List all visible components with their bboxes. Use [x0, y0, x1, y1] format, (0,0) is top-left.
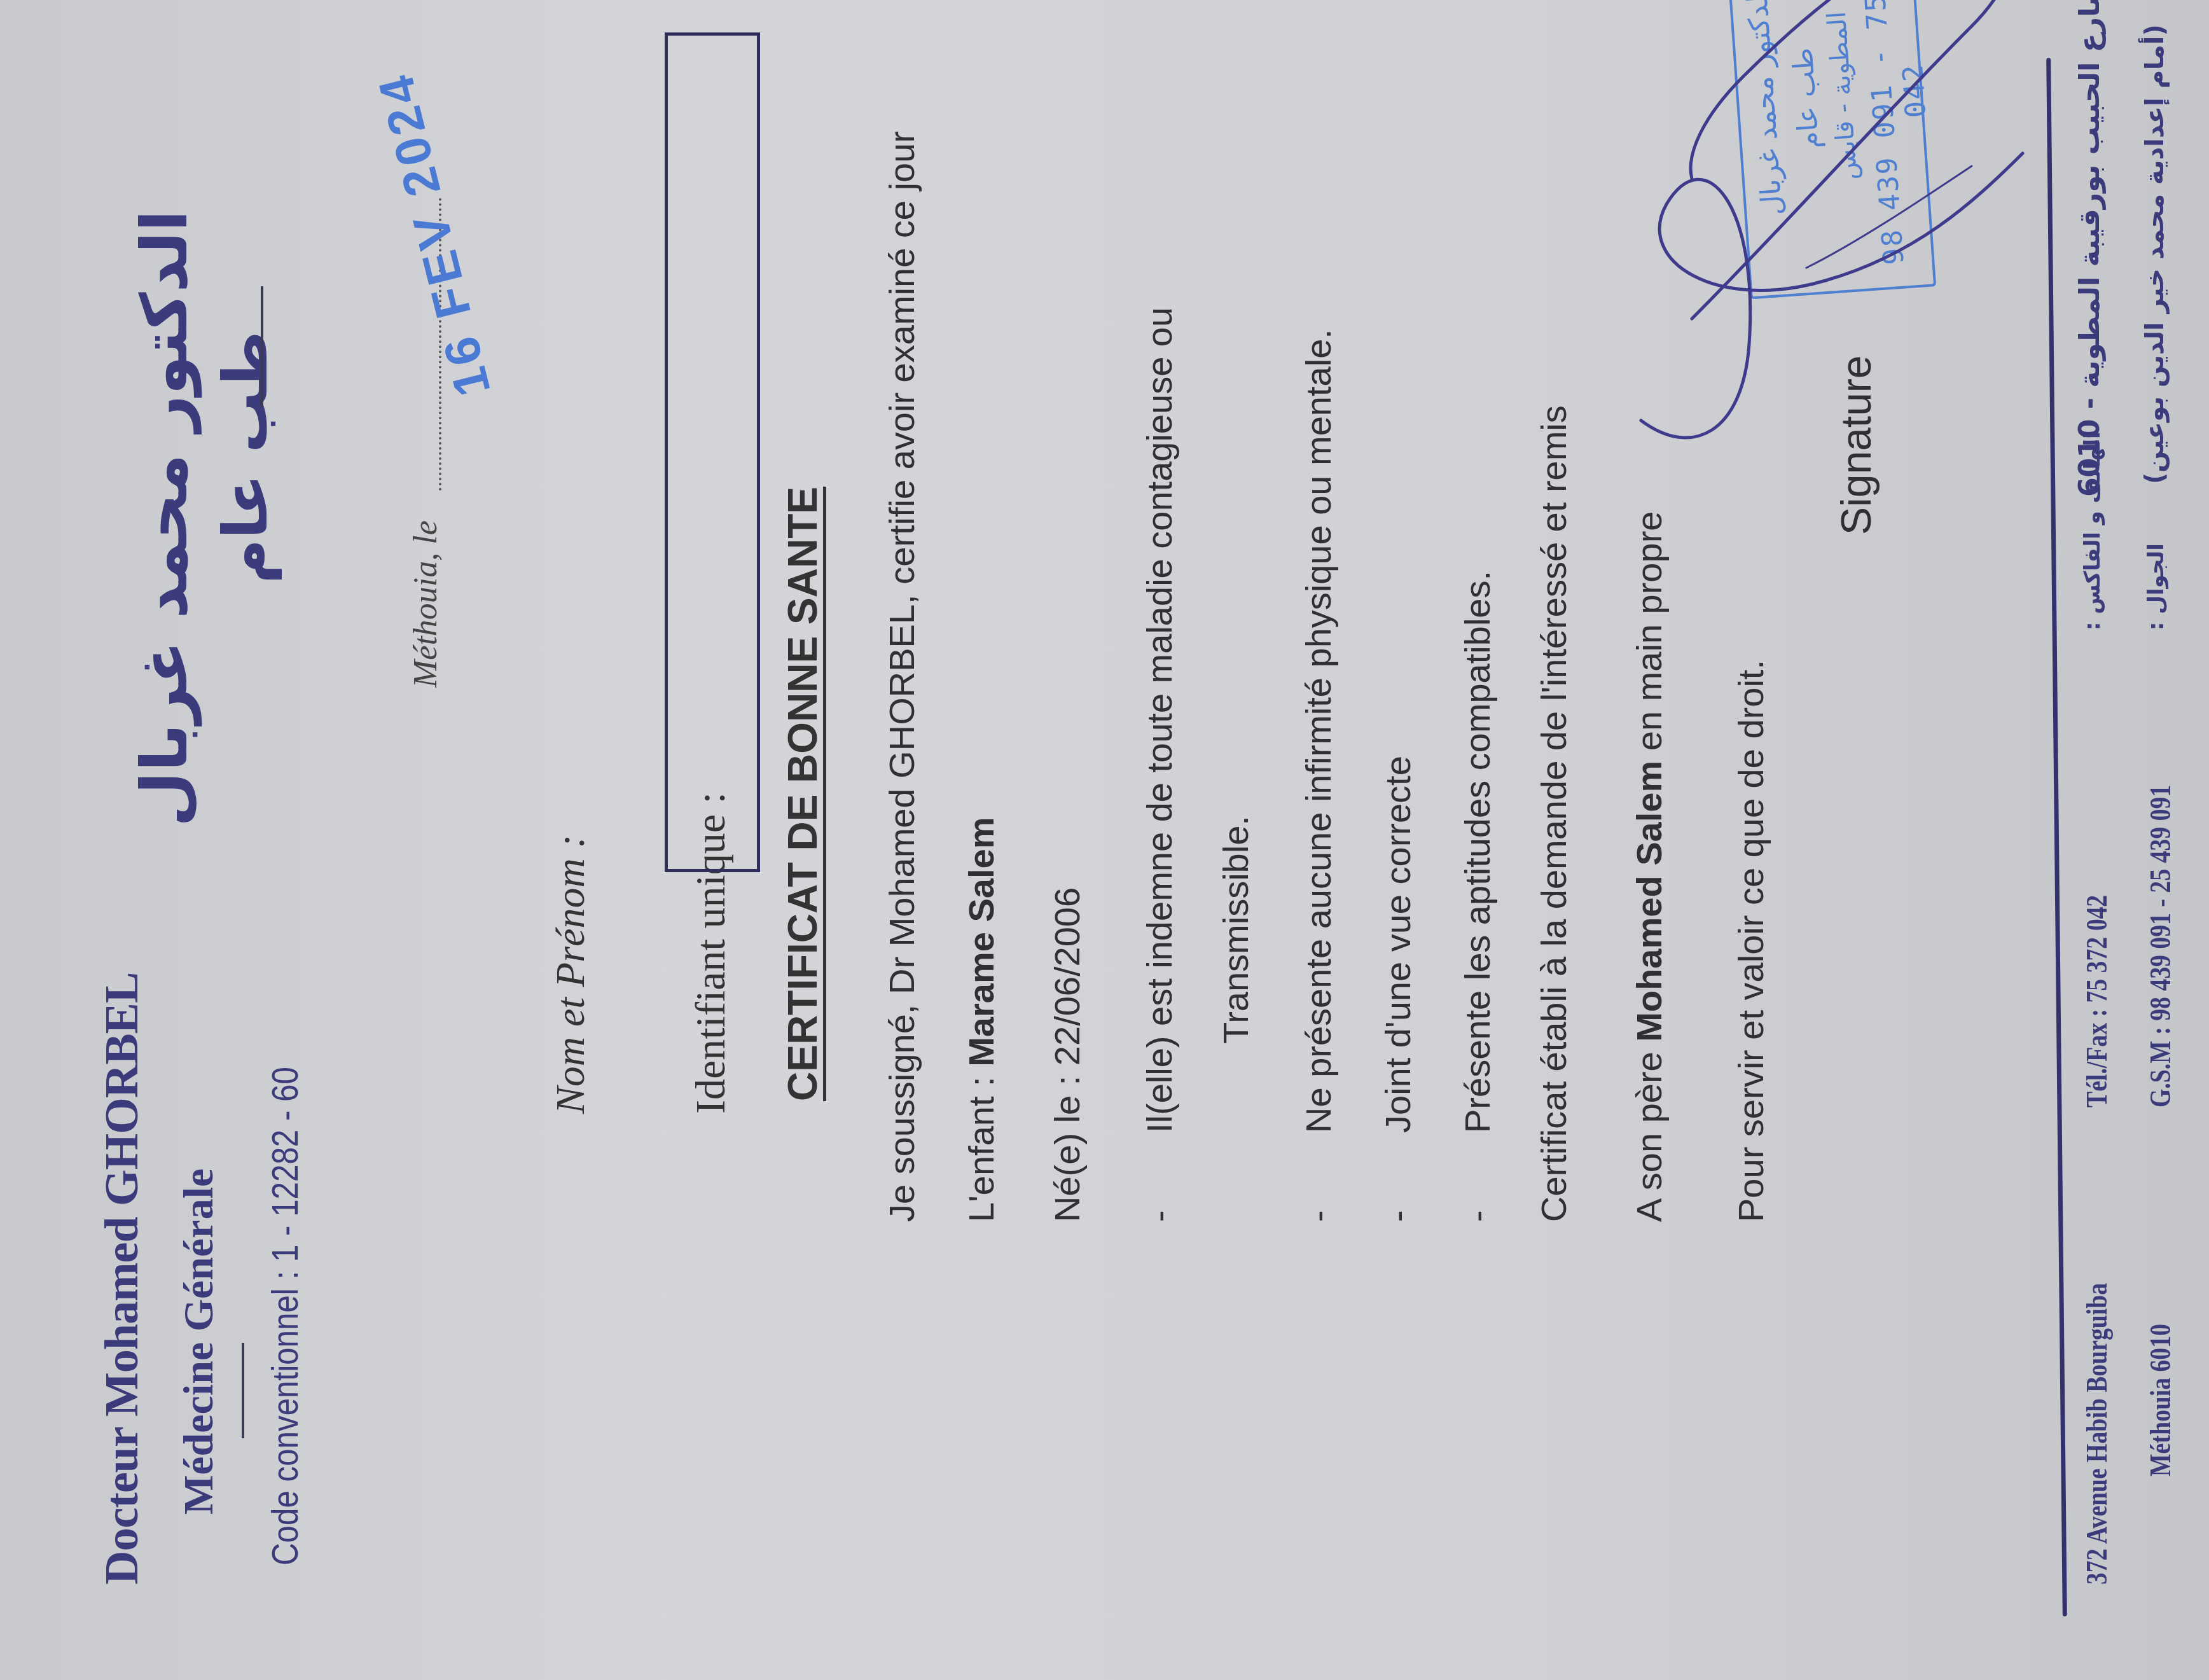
footer-arabic-landmark: (أمام إعدادية محمد خير الدين بوعين) — [2140, 24, 2170, 484]
bullet-item: Ne présente aucune infirmité physique ou… — [1298, 329, 1339, 1133]
certificate-title: CERTIFICAT DE BONNE SANTE — [779, 487, 826, 1101]
id-field[interactable] — [665, 32, 760, 872]
bullet-item-continuation: Transmissible. — [1215, 816, 1256, 1044]
intro-text: Je soussigné, Dr Mohamed GHORBEL, certif… — [881, 131, 922, 1222]
date-stamp: 16 FEV 2024 — [366, 66, 502, 402]
place-date-label: Méthouia, le — [407, 520, 445, 688]
bullet-marker: - — [1457, 1210, 1498, 1222]
footer-arabic-address: 372 شارع الحبيب بورقيبة المطوية - 6010 — [2074, 0, 2106, 497]
father-name: Mohamed Salem — [1629, 761, 1669, 1042]
doctor-stamp: الدكتور محمد غربال طب عام المطوية - قابس… — [1723, 0, 1936, 299]
child-label: L'enfant : — [961, 1067, 1001, 1222]
signature-label: Signature — [1832, 355, 1880, 535]
bullet-item: Présente les aptitudes compatibles. — [1457, 571, 1498, 1133]
footer-address: 372 Avenue Habib Bourguiba — [2080, 1283, 2114, 1585]
arabic-doctor-name: الدكتور محمد غربال — [127, 210, 202, 827]
name-label: Nom et Prénom : — [547, 835, 594, 1114]
closing-text: Pour servir et valoir ce que de droit. — [1730, 660, 1771, 1222]
child-line: L'enfant : Marame Salem — [960, 817, 1002, 1222]
bullet-item: Il(elle) est indemne de toute maladie co… — [1139, 307, 1180, 1133]
divider — [261, 286, 263, 407]
arabic-specialty: طب عام — [210, 331, 281, 583]
established-text: Certificat établi à la demande de l'inté… — [1533, 405, 1574, 1222]
footer-city: Méthouia 6010 — [2143, 1324, 2177, 1476]
birth-date: Né(e) le : 22/06/2006 — [1046, 887, 1088, 1222]
footer-divider — [2046, 58, 2067, 1616]
photographed-document: Docteur Mohamed GHORBEL Médecine Général… — [0, 0, 2209, 1680]
divider — [242, 1343, 244, 1438]
certificate-page: Docteur Mohamed GHORBEL Médecine Général… — [0, 0, 2209, 1680]
doctor-name: Docteur Mohamed GHORBEL — [95, 973, 149, 1585]
footer-gsm: G.S.M : 98 439 091 - 25 439 091 — [2143, 785, 2177, 1107]
bullet-marker: - — [1139, 1210, 1180, 1222]
father-prefix: A son père — [1629, 1042, 1669, 1222]
footer-arabic-gsm-label: الجوال : — [2143, 543, 2169, 630]
convention-code: Code conventionnel : 1 - 12282 - 60 — [264, 1067, 307, 1565]
child-name: Marame Salem — [961, 817, 1001, 1067]
bullet-marker: - — [1298, 1210, 1339, 1222]
bullet-item: Joint d'une vue correcte — [1377, 756, 1418, 1133]
father-suffix: en main propre — [1629, 511, 1669, 761]
footer-tel: Tél./Fax : 75 372 042 — [2080, 895, 2114, 1107]
father-line: A son père Mohamed Salem en main propre — [1628, 511, 1670, 1222]
specialty: Médecine Générale — [175, 1169, 223, 1515]
bullet-marker: - — [1377, 1210, 1418, 1222]
